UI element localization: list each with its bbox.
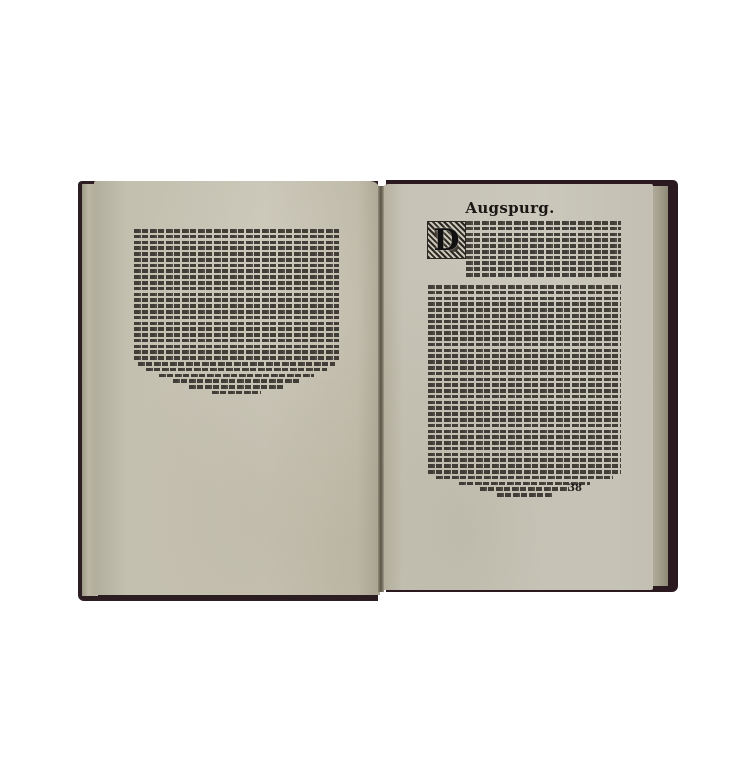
text-line	[428, 441, 621, 445]
text-line	[428, 349, 621, 353]
text-line	[428, 447, 621, 451]
text-line	[428, 291, 621, 295]
text-line	[428, 297, 621, 301]
text-line	[134, 241, 339, 245]
text-line	[134, 339, 339, 343]
text-line	[428, 389, 621, 393]
text-line	[134, 345, 339, 349]
text-line	[428, 401, 621, 405]
text-line	[466, 227, 621, 231]
text-line	[134, 310, 339, 314]
text-line	[428, 406, 621, 410]
decorated-initial: D	[427, 221, 466, 259]
text-line	[428, 453, 621, 457]
text-line	[466, 250, 621, 254]
text-line	[428, 470, 621, 474]
text-line	[134, 275, 339, 279]
book-photo: Augspurg. D 38	[0, 0, 755, 780]
text-line	[428, 285, 621, 289]
text-line	[428, 430, 621, 434]
text-line	[428, 383, 621, 387]
text-line	[134, 316, 339, 320]
text-line	[134, 229, 339, 233]
text-line	[466, 273, 621, 277]
text-line	[466, 238, 621, 242]
text-line	[138, 362, 335, 366]
text-line	[428, 366, 621, 370]
text-line	[134, 246, 339, 250]
text-line	[428, 331, 621, 335]
page-number: 38	[568, 483, 582, 494]
text-line	[159, 374, 315, 378]
initial-letter: D	[428, 222, 465, 258]
text-line	[428, 337, 621, 341]
text-line	[480, 487, 569, 491]
text-line	[428, 325, 621, 329]
text-line	[428, 464, 621, 468]
text-line	[436, 476, 614, 480]
text-line	[134, 258, 339, 262]
text-line	[428, 320, 621, 324]
text-line	[428, 343, 621, 347]
text-line	[134, 333, 339, 337]
text-line	[134, 264, 339, 268]
text-line	[189, 385, 283, 389]
text-line	[466, 256, 621, 260]
text-line	[428, 418, 621, 422]
text-line	[428, 314, 621, 318]
page-title: Augspurg.	[465, 199, 555, 217]
text-line	[466, 267, 621, 271]
text-line	[428, 360, 621, 364]
text-line	[134, 281, 339, 285]
text-line	[134, 235, 339, 239]
text-line	[466, 221, 621, 225]
text-line	[428, 395, 621, 399]
text-line	[134, 356, 339, 360]
right-page-text	[428, 285, 621, 497]
text-line	[466, 233, 621, 237]
text-line	[497, 493, 551, 497]
text-line	[134, 350, 339, 354]
text-line	[134, 287, 339, 291]
text-line	[428, 458, 621, 462]
text-line	[428, 302, 621, 306]
text-line	[146, 368, 326, 372]
text-line	[134, 298, 339, 302]
book-gutter	[378, 186, 384, 592]
right-page-text-beside-initial	[466, 221, 621, 277]
text-line	[134, 293, 339, 297]
text-line	[134, 252, 339, 256]
text-line	[428, 354, 621, 358]
text-line	[428, 435, 621, 439]
text-line	[428, 378, 621, 382]
text-line	[466, 244, 621, 248]
text-line	[134, 304, 339, 308]
text-line	[134, 327, 339, 331]
text-line	[428, 372, 621, 376]
text-line	[428, 412, 621, 416]
text-line	[212, 391, 261, 395]
text-line	[428, 424, 621, 428]
text-line	[466, 261, 621, 265]
text-line	[134, 269, 339, 273]
left-page-text	[134, 229, 339, 394]
text-line	[428, 308, 621, 312]
text-line	[134, 322, 339, 326]
text-line	[173, 379, 300, 383]
